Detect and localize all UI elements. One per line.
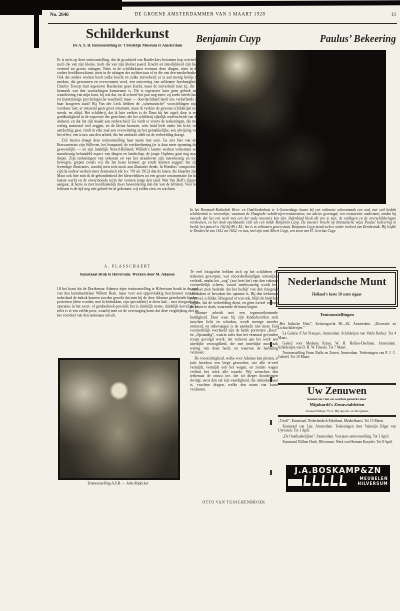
boskamp-logo — [288, 479, 302, 486]
divider — [278, 383, 396, 385]
boskamp-ad: J.A.BOSKAMP&ZN MEUBELEN HILVERSUM — [286, 465, 390, 492]
article1-body: Er is niets op deze tentoonstelling, dat… — [57, 58, 198, 191]
article-subtitle: De A. S. B. tentoonstelling in ’t Stedel… — [57, 44, 198, 47]
paragraph: Zóó bezien draagt deze tentoonstelling h… — [57, 139, 198, 192]
list-item: „Het Indische Huis”, Keizersgracht 80—82… — [278, 322, 396, 330]
boskamp-city: HILVERSUM — [358, 481, 388, 486]
paragraph: Er is niets op deze tentoonstelling, dat… — [57, 58, 198, 137]
zenuwen-ad-line2: komen tot rust en worden gesterkt door — [278, 397, 396, 401]
painting-caption: In het Roomsch-Katholiek Wees- en Oudeli… — [190, 208, 396, 233]
chair-icon — [321, 475, 329, 486]
chair-icon — [312, 475, 320, 486]
munt-ad-tagline: Holland’s beste 10 cents sigaar — [279, 292, 395, 297]
zenuwen-ad-title: Uw Zenuwen — [278, 386, 396, 397]
scan-mark — [270, 470, 272, 475]
exhibitions-list-2: „Tivoli”, Kunstzaal, Nederlandsch Fabrik… — [278, 419, 396, 444]
list-item: Tentoonstelling Frans Buffa en Zonen, Am… — [278, 351, 396, 359]
sculpture-photo — [58, 358, 180, 480]
chair-icon — [330, 475, 338, 486]
heading-benjamin-cuyp: Benjamin Cuyp — [196, 34, 261, 45]
divider — [278, 308, 396, 309]
exhibitions-list: „Het Indische Huis”, Keizersgracht 80—82… — [278, 322, 396, 359]
masthead-title: DE GROENE AMSTERDAMMER VAN 3 MAART 1928 — [100, 12, 300, 17]
article-title-schilderkunst: Schilderkunst — [57, 27, 198, 43]
paragraph: Of het komt dat de Dordtenaar Adamse zij… — [57, 287, 198, 318]
scan-edge-top — [115, 0, 400, 6]
scan-mark — [270, 420, 272, 425]
scan-edge-left — [34, 0, 39, 48]
article2-body: Of het komt dat de Dordtenaar Adamse zij… — [57, 287, 198, 318]
article2-title: Kunstzaal Brak te Hilversum. Werken door… — [57, 273, 198, 276]
zenuwen-ad-line4: Glazen Buisje 75 ct. Bij Apoth. en Drogi… — [278, 409, 396, 413]
munt-ad: Nederlandsche Munt Holland’s beste 10 ce… — [278, 272, 396, 305]
list-item: „Tivoli”, Kunstzaal, Nederlandsch Fabrik… — [278, 419, 396, 423]
paragraph: De voorzichtigheid, welke voor Adamse ka… — [190, 357, 278, 392]
paragraph: Adamse arbeidt met een tegemoetkomende h… — [190, 311, 278, 355]
list-item: Galerij voor Moderne Kunst, W. H. Hofkes… — [278, 341, 396, 349]
painting-image — [196, 50, 386, 204]
page-number: 13 — [368, 12, 396, 18]
boskamp-ad-name: J.A.BOSKAMP&ZN — [286, 465, 390, 475]
list-item: La Galerie d’Art Français, Amsterdam. Sc… — [278, 332, 396, 340]
center-signature: OTTO VAN TUSSCHENBROEK — [186, 500, 282, 505]
sculpture-caption: Tentoonstelling A.S.B. — John Rädecker — [50, 481, 186, 486]
chair-icon — [339, 475, 347, 486]
scan-mark — [270, 377, 272, 382]
scan-mark — [270, 300, 272, 305]
exhibitions-heading: Tentoonstellingen — [278, 312, 396, 317]
header-divider — [48, 23, 397, 24]
divider — [278, 267, 396, 268]
center-column-body: Te veel fotografen hebben zich op het sc… — [190, 270, 278, 392]
zenuwen-ad-line3: Mijnhardt’s Zenuwtabletten — [278, 402, 396, 407]
list-item: Kunstzaal van Lier, Amsterdam. Teekening… — [278, 425, 396, 433]
boskamp-labels: MEUBELEN HILVERSUM — [358, 476, 388, 486]
boskamp-ad-row: MEUBELEN HILVERSUM — [286, 475, 390, 486]
article1-signature: A. PLASSCHAERT — [57, 264, 198, 269]
list-item: „De Onafhankelijken”, Amsterdam. Voorjaa… — [278, 434, 396, 438]
chair-icon — [303, 475, 311, 486]
list-item: Kunstzaal Willem Hoek, Hilversum. Werk v… — [278, 440, 396, 444]
heading-paulus-bekeering: Paulus’ Bekeering — [290, 34, 396, 45]
paragraph: Te veel fotografen hebben zich op het sc… — [190, 270, 278, 310]
divider — [278, 415, 396, 417]
newspaper-page: No. 2646 DE GROENE AMSTERDAMMER VAN 3 MA… — [0, 0, 400, 611]
scan-mark — [270, 342, 272, 347]
munt-ad-title: Nederlandsche Munt — [279, 276, 395, 288]
zenuwen-ad: Uw Zenuwen — [278, 386, 396, 397]
